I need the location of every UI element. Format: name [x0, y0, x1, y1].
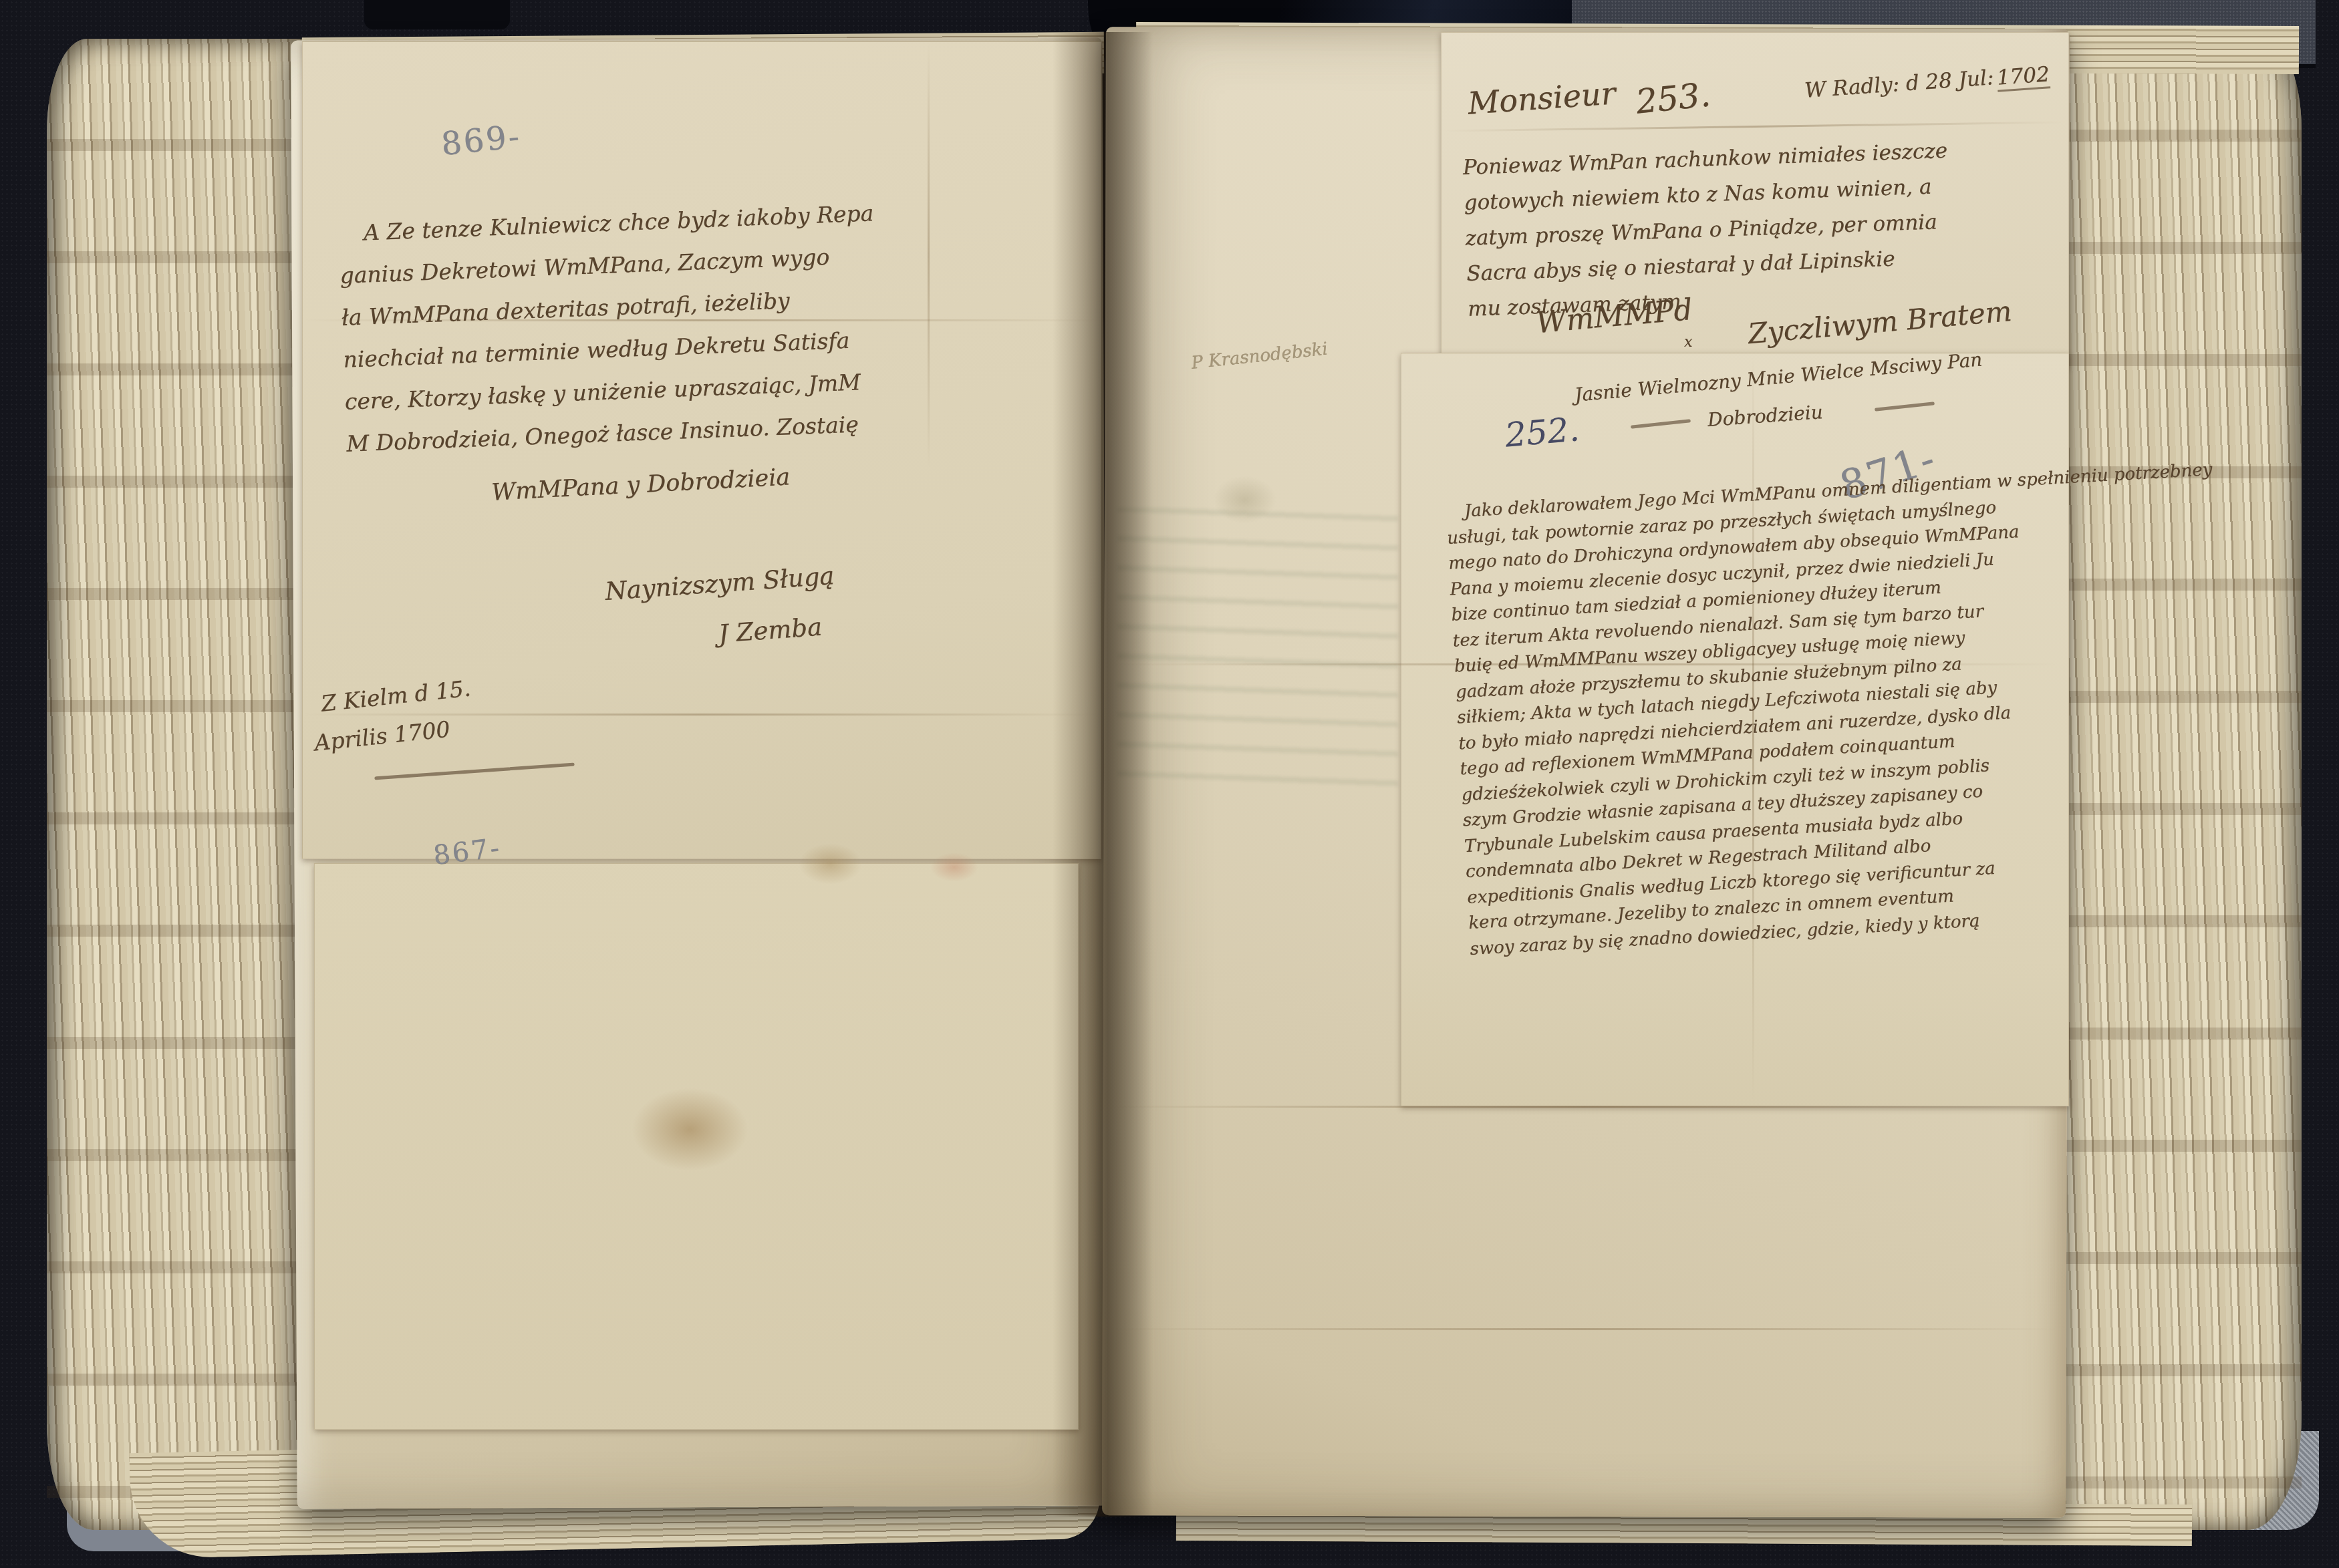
letter-252-number: 252.	[1504, 410, 1581, 454]
book-gutter-shadow	[1053, 32, 1153, 1517]
paper-stain	[1213, 476, 1276, 524]
left-page-edge-stack	[47, 39, 309, 1530]
fold-crease	[302, 714, 1100, 716]
dark-clamp-tab	[364, 0, 510, 29]
paper-stain	[930, 852, 978, 882]
photo-of-open-manuscript-book: 869- A Ze tenze Kulniewicz chce bydz iak…	[0, 0, 2339, 1568]
letter-253-dateline-year: 1702	[1996, 62, 2050, 92]
ink-bleedthrough-ghost	[1117, 508, 1398, 788]
paper-stain	[632, 1088, 748, 1171]
page-clump-shading	[47, 39, 309, 1530]
letter-253-number: 253.	[1634, 75, 1712, 121]
letter-252-body: Jako deklarowałem Jego Mci WmMPanu omnem…	[1445, 464, 2101, 962]
letter-869-body: A Ze tenze Kulniewicz chce bydz iakoby R…	[337, 190, 935, 465]
sheet-bottom-edge	[1109, 1106, 2058, 1108]
paper-stain	[799, 843, 862, 885]
fold-crease	[1109, 1328, 2058, 1330]
header-cross-mark: x	[1684, 334, 1692, 351]
